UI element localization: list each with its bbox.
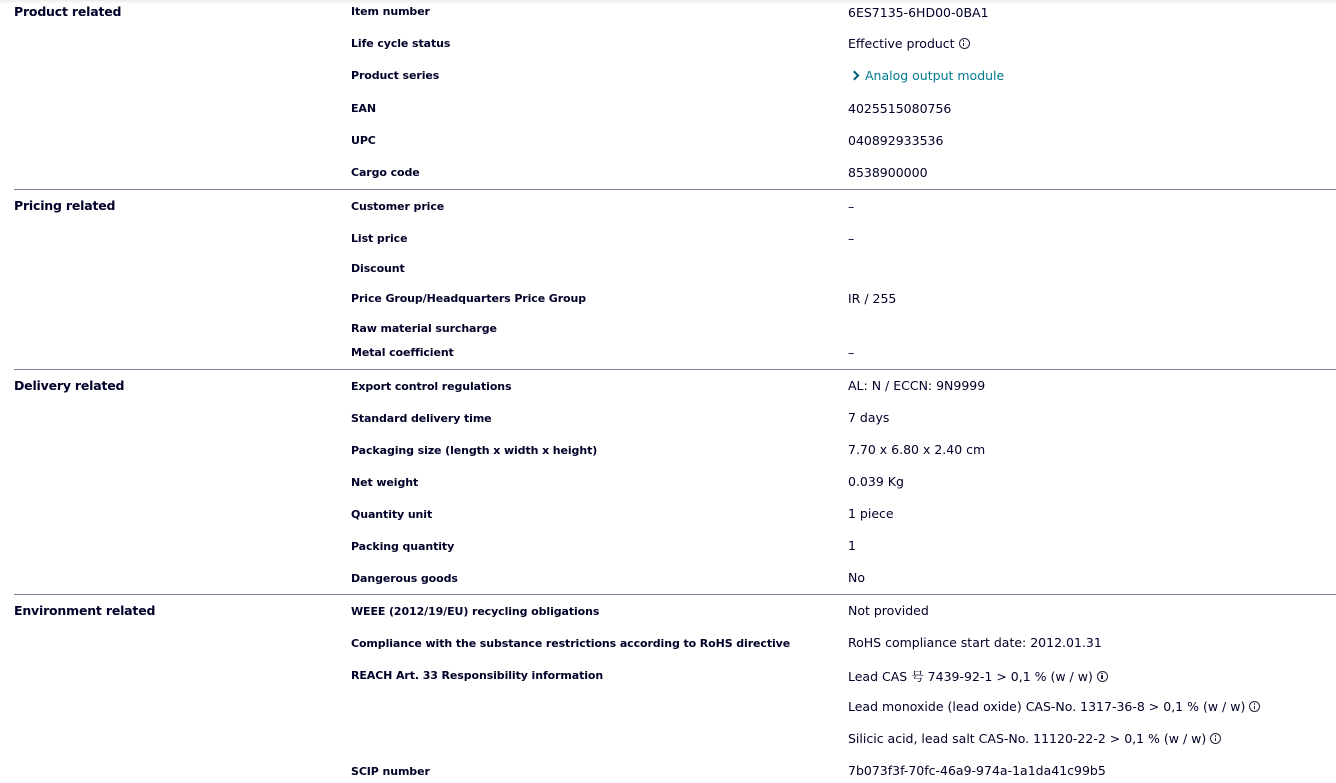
section-title: Delivery related <box>14 378 124 393</box>
value: RoHS compliance start date: 2012.01.31 <box>848 635 1102 650</box>
label: Packaging size (length x width x height) <box>351 444 597 457</box>
section-title: Pricing related <box>14 198 115 213</box>
value: No <box>848 570 865 585</box>
section-pricing-related: Pricing related Customer price – List pr… <box>14 189 1336 190</box>
label: Dangerous goods <box>351 572 458 585</box>
section-title: Product related <box>14 4 121 19</box>
value: 1 piece <box>848 506 894 521</box>
info-icon[interactable] <box>1249 701 1260 712</box>
info-icon[interactable] <box>1097 671 1108 682</box>
label: Quantity unit <box>351 508 432 521</box>
label: Standard delivery time <box>351 412 492 425</box>
section-environment-related: Environment related WEEE (2012/19/EU) re… <box>14 594 1336 595</box>
value: AL: N / ECCN: 9N9999 <box>848 378 985 393</box>
label: Metal coefficient <box>351 346 454 359</box>
label: Product series <box>351 69 439 82</box>
label: Compliance with the substance restrictio… <box>351 637 790 650</box>
section-delivery-related: Delivery related Export control regulati… <box>14 369 1336 370</box>
label: List price <box>351 232 407 245</box>
top-shadow <box>0 0 1336 4</box>
value: 7b073f3f-70fc-46a9-974a-1a1da41c99b5 <box>848 763 1106 778</box>
value: IR / 255 <box>848 291 896 306</box>
label: Discount <box>351 262 405 275</box>
chevron-right-icon <box>850 71 860 81</box>
label: REACH Art. 33 Responsibility information <box>351 669 603 682</box>
label: SCIP number <box>351 765 430 778</box>
value: – <box>848 199 854 214</box>
value: 0.039 Kg <box>848 474 904 489</box>
section-title: Environment related <box>14 603 155 618</box>
product-series-link[interactable]: Analog output module <box>848 68 1004 83</box>
value: 4025515080756 <box>848 101 951 116</box>
value: 7 days <box>848 410 889 425</box>
value: Not provided <box>848 603 929 618</box>
label: WEEE (2012/19/EU) recycling obligations <box>351 605 599 618</box>
value: 8538900000 <box>848 165 928 180</box>
label: UPC <box>351 134 376 147</box>
reach-value-lead: Lead CAS 号 7439-92-1 > 0,1 % (w / w) <box>848 667 1108 685</box>
value: 7.70 x 6.80 x 2.40 cm <box>848 442 985 457</box>
value: 1 <box>848 538 856 553</box>
label: Packing quantity <box>351 540 454 553</box>
value: – <box>848 345 854 360</box>
label: EAN <box>351 102 376 115</box>
value: 040892933536 <box>848 133 943 148</box>
label: Life cycle status <box>351 37 450 50</box>
label: Price Group/Headquarters Price Group <box>351 292 586 305</box>
value[interactable]: 6ES7135-6HD00-0BA1 <box>848 5 989 20</box>
value: – <box>848 231 854 246</box>
reach-value-silicic-acid: Silicic acid, lead salt CAS-No. 11120-22… <box>848 731 1221 746</box>
value: Effective product <box>848 36 970 51</box>
info-icon[interactable] <box>1210 733 1221 744</box>
label: Raw material surcharge <box>351 322 497 335</box>
label: Net weight <box>351 476 418 489</box>
info-icon[interactable] <box>959 38 970 49</box>
label: Item number <box>351 5 430 18</box>
reach-value-lead-monoxide: Lead monoxide (lead oxide) CAS-No. 1317-… <box>848 699 1260 714</box>
label: Customer price <box>351 200 444 213</box>
label: Export control regulations <box>351 380 511 393</box>
label: Cargo code <box>351 166 420 179</box>
